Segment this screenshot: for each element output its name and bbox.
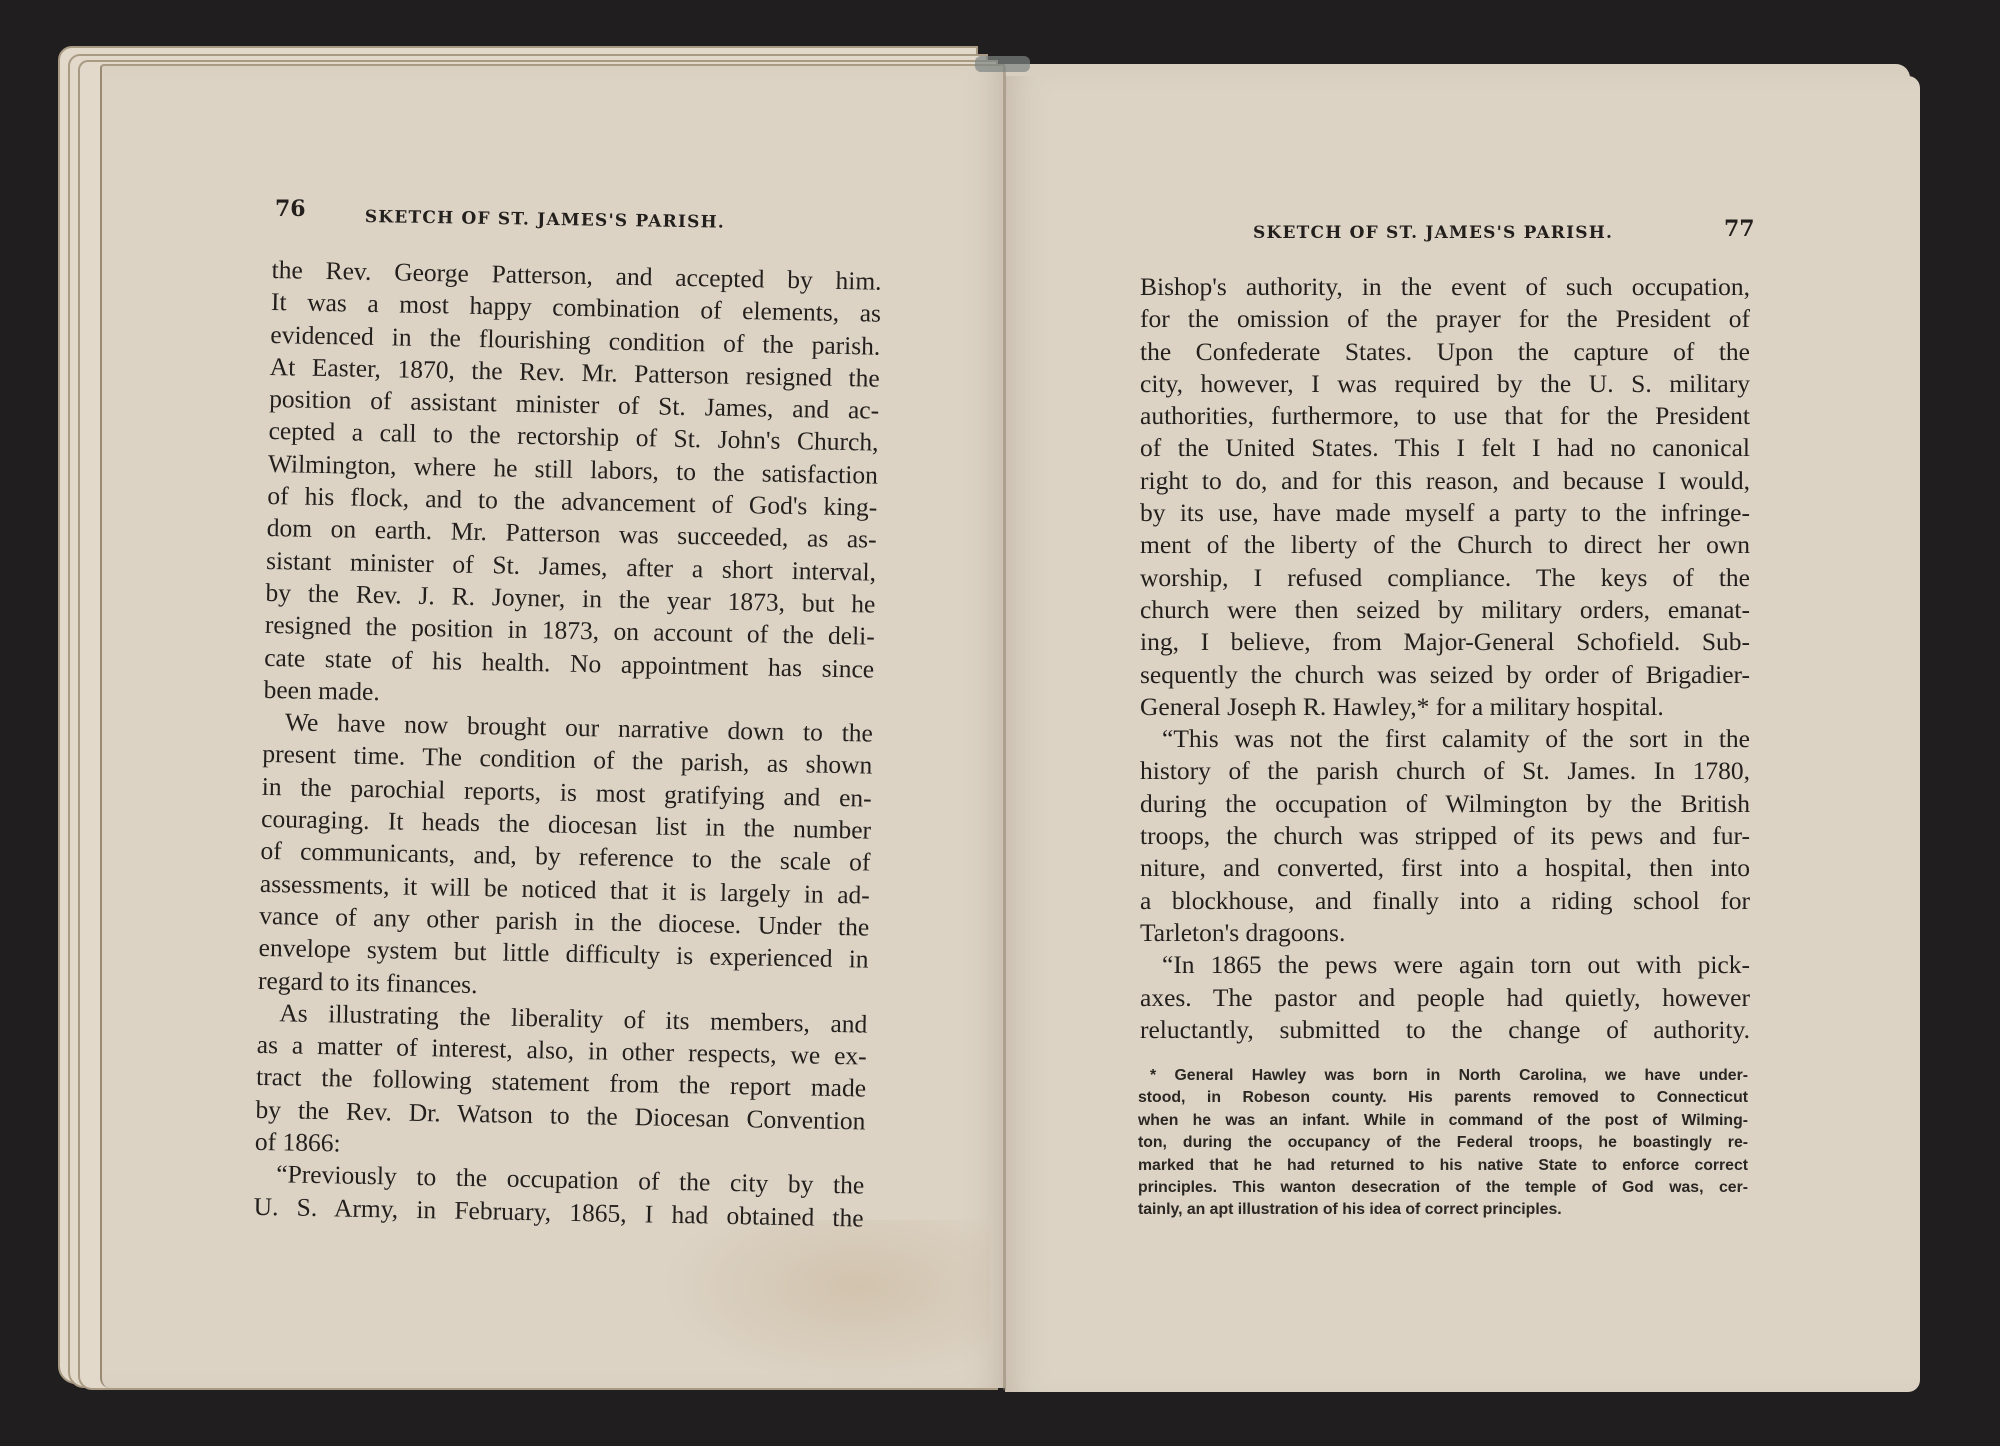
text-line: General Joseph R. Hawley,* for a militar…: [1140, 691, 1750, 723]
water-stain: [660, 1220, 990, 1385]
left-page-number: 76: [275, 196, 306, 222]
footnote: * General Hawley was born in North Carol…: [1138, 1065, 1748, 1222]
text-line: troops, the church was stripped of its p…: [1140, 820, 1750, 852]
text-line: stood, in Robeson county. His parents re…: [1138, 1087, 1748, 1109]
text-line: niture, and converted, first into a hosp…: [1140, 852, 1750, 884]
binding-tape: [975, 56, 1030, 72]
text-line: history of the parish church of St. Jame…: [1140, 755, 1750, 787]
text-line: a blockhouse, and finally into a riding …: [1140, 885, 1750, 917]
right-page-body: Bishop's authority, in the event of such…: [1140, 271, 1750, 1046]
text-line: authorities, furthermore, to use that fo…: [1140, 400, 1750, 432]
text-line: Tarleton's dragoons.: [1140, 917, 1750, 949]
text-line: ment of the liberty of the Church to dir…: [1140, 529, 1750, 561]
text-line: sequently the church was seized by order…: [1140, 659, 1750, 691]
right-page-number: 77: [1724, 216, 1755, 242]
text-line: right to do, and for this reason, and be…: [1140, 465, 1750, 497]
text-line: worship, I refused compliance. The keys …: [1140, 562, 1750, 594]
text-line: when he was an infant. While in command …: [1138, 1110, 1748, 1132]
text-line: by its use, have made myself a party to …: [1140, 497, 1750, 529]
text-line: reluctantly, submitted to the change of …: [1140, 1014, 1750, 1046]
text-line: marked that he had returned to his nativ…: [1138, 1155, 1748, 1177]
text-line: axes. The pastor and people had quietly,…: [1140, 982, 1750, 1014]
text-line: city, however, I was required by the U. …: [1140, 368, 1750, 400]
text-line: the Confederate States. Upon the capture…: [1140, 336, 1750, 368]
book-gutter: [1003, 66, 1006, 1390]
right-running-head: SKETCH OF ST. JAMES'S PARISH.: [1253, 223, 1613, 243]
text-line: church were then seized by military orde…: [1140, 594, 1750, 626]
text-line: during the occupation of Wilmington by t…: [1140, 788, 1750, 820]
text-line: “In 1865 the pews were again torn out wi…: [1140, 949, 1750, 981]
text-line: “This was not the first calamity of the …: [1140, 723, 1750, 755]
text-line: ton, during the occupancy of the Federal…: [1138, 1132, 1748, 1154]
text-line: principles. This wanton desecration of t…: [1138, 1177, 1748, 1199]
left-page-body: the Rev. George Patterson, and accepted …: [253, 254, 881, 1234]
text-line: Bishop's authority, in the event of such…: [1140, 271, 1750, 303]
text-line: ing, I believe, from Major-General Schof…: [1140, 626, 1750, 658]
text-line: tainly, an apt illustration of his idea …: [1138, 1199, 1748, 1221]
text-line: * General Hawley was born in North Carol…: [1138, 1065, 1748, 1087]
text-line: of the United States. This I felt I had …: [1140, 432, 1750, 464]
text-line: for the omission of the prayer for the P…: [1140, 303, 1750, 335]
